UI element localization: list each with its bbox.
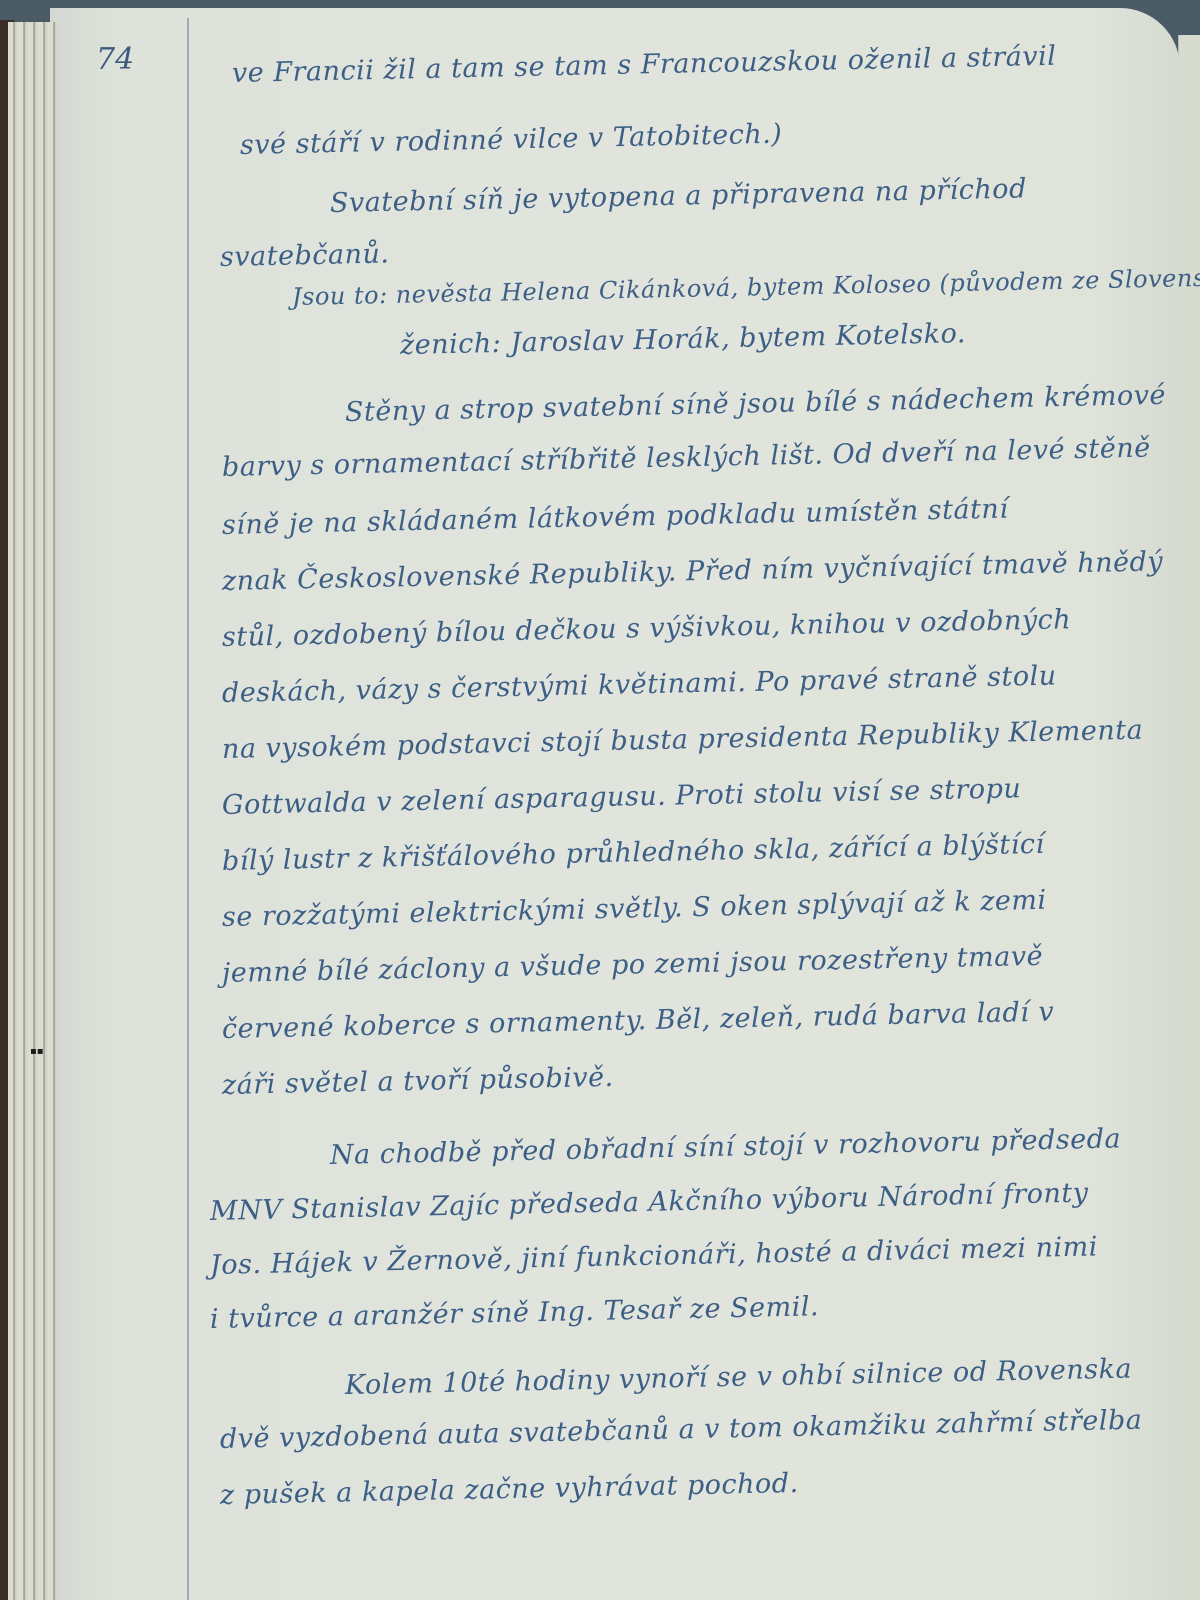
- page-edges-stack: [8, 22, 58, 1600]
- text-line: svatebčanů.: [220, 238, 390, 273]
- ink-mark: ▪▪: [30, 1046, 44, 1057]
- page-number: 74: [96, 42, 134, 77]
- margin-rule: [187, 18, 189, 1600]
